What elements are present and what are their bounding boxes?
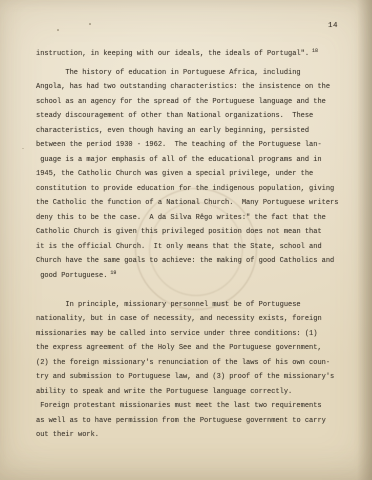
text-line: The history of education in Portuguese A…: [36, 66, 346, 81]
text-line: Catholic Church is given this privileged…: [36, 225, 346, 240]
text-line: instruction, in keeping with our ideals,…: [36, 47, 346, 62]
text-line: between the period 1930 - 1962. The teac…: [36, 138, 346, 153]
typewritten-text: instruction, in keeping with our ideals,…: [36, 47, 346, 443]
text-line: 1945, the Catholic Church was given a sp…: [36, 167, 346, 182]
text-line: [36, 283, 346, 298]
text-line: constitution to provide education for th…: [36, 182, 346, 197]
text-line: good Portuguese. 19: [36, 269, 346, 284]
text-line: ability to speak and write the Portugues…: [36, 385, 346, 400]
text-line: as well as to have permission from the P…: [36, 414, 346, 429]
text-line: deny this to be the case. A da Silva Rêg…: [36, 211, 346, 226]
page-edge-shadow: [357, 0, 372, 480]
footnote-reference: 19: [107, 270, 116, 276]
paper-speck: [89, 23, 91, 25]
text-line: characteristics, even though having an e…: [36, 124, 346, 139]
text-line: (2) the foreign missionary's renunciatio…: [36, 356, 346, 371]
text-line: school as an agency for the spread of th…: [36, 95, 346, 110]
footnote-reference: 18: [309, 48, 318, 54]
text-line: nationality, but in case of necessity, a…: [36, 312, 346, 327]
text-line: the Catholic the function of a National …: [36, 196, 346, 211]
text-line: it is the official Church. It only means…: [36, 240, 346, 255]
text-line: the express agreement of the Holy See an…: [36, 341, 346, 356]
document-page: 14 instruction, in keeping with our idea…: [0, 0, 372, 480]
text-line: steady discouragement of other than Nati…: [36, 109, 346, 124]
paper-speck: [22, 148, 24, 149]
text-line: out their work.: [36, 428, 346, 443]
page-number: 14: [328, 22, 338, 30]
text-line: guage is a major emphasis of all of the …: [36, 153, 346, 168]
text-line: Foreign protestant missionaries must mee…: [36, 399, 346, 414]
paper-speck: [57, 29, 59, 31]
text-line: Angola, has had two outstanding characte…: [36, 80, 346, 95]
text-line: Church have the same goals to achieve: t…: [36, 254, 346, 269]
text-line: try and submission to Portuguese law, an…: [36, 370, 346, 385]
text-line: missionaries may be called into service …: [36, 327, 346, 342]
text-line: In principle, missionary personnel must …: [36, 298, 346, 313]
